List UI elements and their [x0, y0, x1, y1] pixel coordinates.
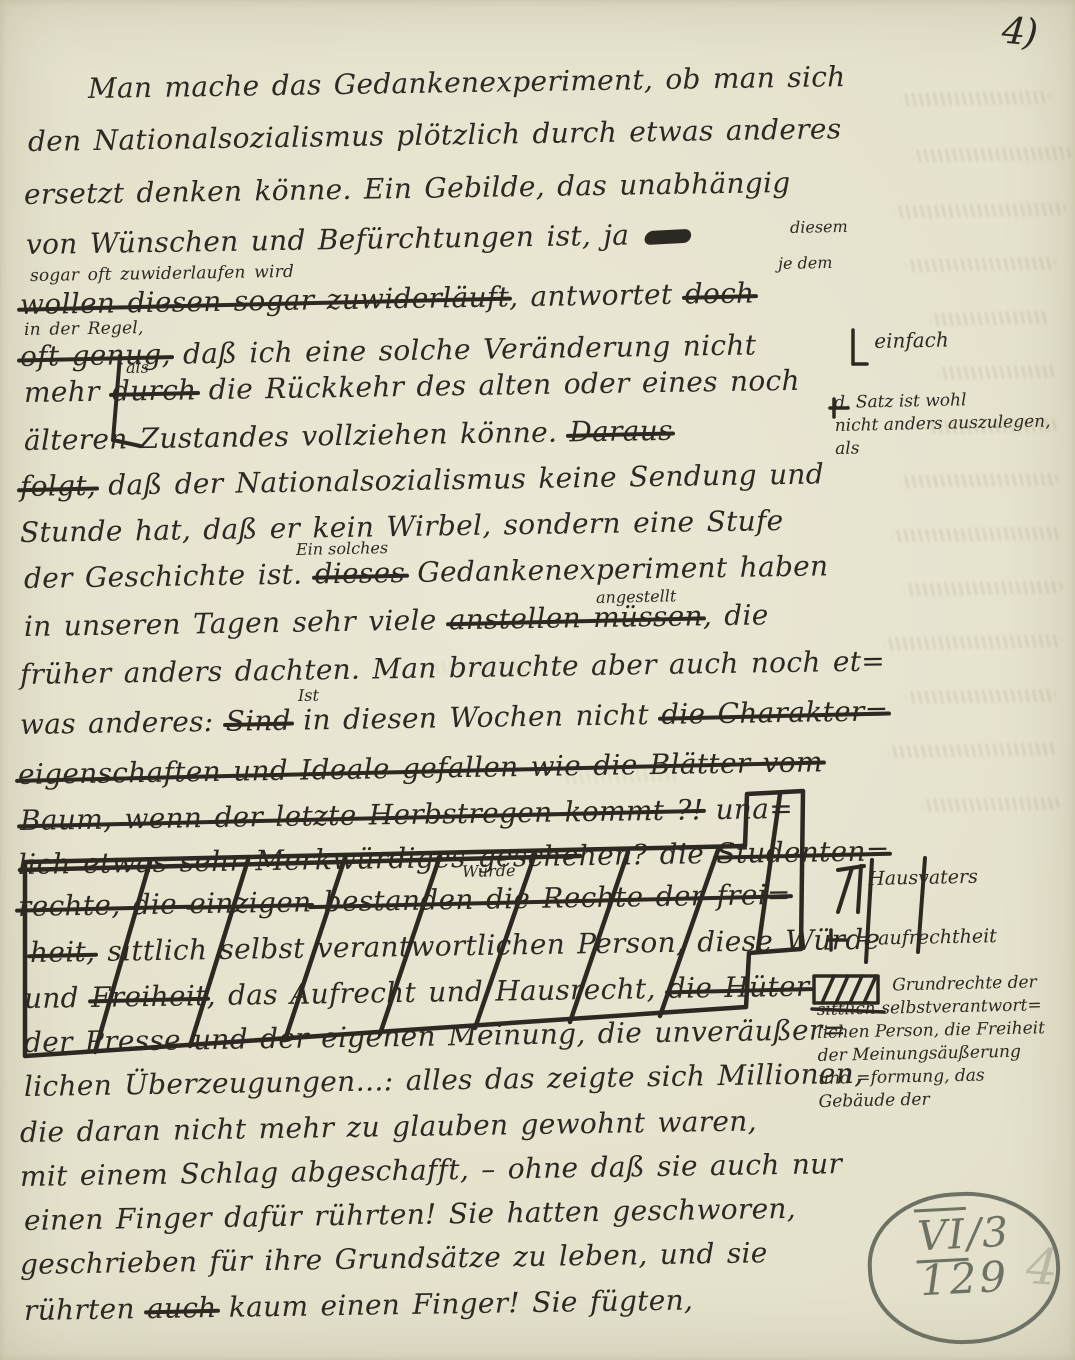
- interline-insertion: je dem: [778, 253, 833, 273]
- manuscript-line: Man mache das Gedankenexperiment, ob man…: [88, 60, 846, 105]
- margin-note-line: einfach: [874, 328, 949, 353]
- struck-text: bestanden die Rechte der frei=: [311, 878, 791, 919]
- ink-blot: [642, 228, 692, 244]
- struck-text: eigenschaften und Ideale gefallen wie di…: [18, 745, 823, 791]
- struck-text: wollen diesen sogar zuwiderläuft: [20, 280, 510, 321]
- struck-text: einzigen: [189, 885, 312, 920]
- text-segment: ersetzt denken könne. Ein Gebilde, das u…: [24, 166, 791, 211]
- interline-insertion: Würde: [462, 861, 516, 881]
- margin-note: Grundrechte dersittlich selbstverantwort…: [816, 971, 1047, 1114]
- manuscript-line: älteren Zustandes vollziehen könne. Dara…: [24, 414, 673, 457]
- bleed-through-mark: [906, 257, 1056, 273]
- text-segment: Gedankenexperiment haben: [405, 549, 829, 589]
- text-segment: der Geschichte ist.: [24, 557, 315, 595]
- archive-denominator: /3: [966, 1208, 1010, 1258]
- text-segment: daß ich eine solche Veränderung nicht: [170, 328, 756, 370]
- bleed-through-mark: [930, 311, 1050, 326]
- page-number: 4): [1000, 9, 1038, 55]
- manuscript-line: mit einem Schlag abgeschafft, – ohne daß…: [20, 1147, 843, 1193]
- struck-text: auch: [147, 1291, 217, 1325]
- manuscript-line: lich etwas sehr Merkwürdiges geschehen? …: [18, 834, 890, 881]
- margin-note: Hausvaters: [868, 866, 978, 891]
- manuscript-line: sogar oft zuwiderlaufen wird: [30, 262, 294, 286]
- text-segment: , das Aufrecht und Hausrecht,: [206, 972, 668, 1012]
- text-segment: Stunde hat, daß er kein Wirbel, sondern …: [20, 504, 784, 549]
- bleed-through-mark: [912, 147, 1072, 163]
- interline-insertion: als: [126, 358, 149, 377]
- manuscript-line: und Freiheit, das Aufrecht und Hausrecht…: [24, 970, 810, 1015]
- text-segment: lichen Überzeugungen…: alles das zeigte …: [24, 1057, 864, 1103]
- manuscript-line: folgt, daß der Nationalsozialismus keine…: [20, 457, 824, 503]
- manuscript-line: der Presse und der eigenen Meinung, die …: [24, 1013, 847, 1059]
- bleed-through-mark: [906, 689, 1056, 705]
- manuscript-line: von Wünschen und Befürchtungen ist, ja: [26, 218, 694, 261]
- text-segment: mit einem Schlag abgeschafft, – ohne daß…: [20, 1147, 843, 1193]
- text-segment: und: [24, 981, 92, 1015]
- struck-text: durch: [112, 373, 197, 407]
- manuscript-line: rechte, die einzigen bestanden die Recht…: [18, 878, 791, 923]
- bleed-through-mark: [938, 365, 1056, 380]
- text-segment: was anderes:: [20, 705, 226, 741]
- bleed-through-mark: [894, 203, 1066, 219]
- text-segment: einen Finger dafür rührten! Sie hatten g…: [24, 1192, 796, 1237]
- manuscript-line: einen Finger dafür rührten! Sie hatten g…: [24, 1192, 796, 1237]
- text-segment: , die: [703, 598, 769, 632]
- margin-note-line: Hausvaters: [868, 866, 978, 891]
- struck-text: folgt,: [20, 469, 97, 503]
- manuscript-line: in der Regel,: [24, 318, 144, 340]
- margin-note-line: als: [835, 433, 1051, 461]
- manuscript-line: geschrieben für ihre Grundsätze zu leben…: [20, 1236, 768, 1281]
- struck-text: doch: [684, 276, 754, 310]
- manuscript-line: der Geschichte ist. dieses Gedankenexper…: [24, 549, 829, 595]
- bleed-through-mark: [900, 473, 1058, 489]
- text-segment: rührten: [24, 1292, 148, 1327]
- bleed-through-mark: [904, 581, 1062, 597]
- text-segment: die unveräußer=: [585, 1013, 846, 1050]
- struck-text: dieses: [314, 556, 405, 590]
- text-segment: die Rückkehr des alten oder eines noch: [196, 364, 800, 406]
- text-segment: sittlich selbst verantwortlichen Person,…: [95, 923, 881, 968]
- struck-text: die Charakter=: [661, 694, 889, 731]
- interline-insertion: Ein solches: [296, 538, 388, 559]
- text-segment: mehr: [24, 375, 112, 409]
- manuscript-line: den Nationalsozialismus plötzlich durch …: [28, 112, 842, 158]
- interline-insertion: Ist: [298, 686, 319, 705]
- manuscript-line: Stunde hat, daß er kein Wirbel, sondern …: [20, 504, 784, 549]
- corner-insertion-mark-icon: [853, 330, 867, 364]
- margin-note-line: der Meinungsäußerung: [817, 1040, 1045, 1068]
- text-segment: in der Regel,: [24, 318, 144, 340]
- interline-insertion: angestellt: [596, 586, 677, 607]
- text-segment: die daran nicht mehr zu glauben gewohnt …: [20, 1104, 757, 1149]
- struck-text: Baum, wenn der letzte Herbstregen kommt …: [20, 793, 704, 837]
- struck-text: Daraus: [569, 414, 673, 449]
- text-segment: den Nationalsozialismus plötzlich durch …: [28, 112, 842, 158]
- struck-text: heit,: [30, 935, 96, 969]
- margin-note: d. Satz ist wohlnicht anders auszulegen,…: [834, 387, 1051, 461]
- text-segment: früher anders dachten. Man brauchte aber…: [20, 644, 886, 691]
- bleed-through-mark: [884, 634, 1062, 650]
- struck-text: rechte, die: [18, 887, 190, 923]
- text-segment: Man mache das Gedankenexperiment, ob man…: [88, 60, 846, 105]
- text-segment: daß der Nationalsozialismus keine Sendun…: [96, 457, 824, 501]
- struck-text: Freiheit: [91, 979, 207, 1014]
- text-segment: geschrieben für ihre Grundsätze zu leben…: [20, 1236, 768, 1281]
- manuscript-line: ersetzt denken könne. Ein Gebilde, das u…: [24, 166, 791, 211]
- bleed-through-mark: [888, 743, 1056, 759]
- bleed-through-mark: [900, 91, 1050, 107]
- margin-note: = aufrechtheit: [856, 925, 997, 951]
- margin-note-line: Gebäude der: [818, 1086, 1046, 1114]
- struck-text: Studenten=: [716, 834, 890, 870]
- manuscript-page: Man mache das Gedankenexperiment, ob man…: [0, 0, 1075, 1360]
- text-segment: von Wünschen und Befürchtungen ist, ja: [26, 218, 642, 261]
- struck-text: Sind: [225, 704, 291, 738]
- manuscript-line: früher anders dachten. Man brauchte aber…: [20, 644, 886, 691]
- margin-note-line: nicht anders auszulegen,: [834, 410, 1050, 438]
- text-segment: una=: [703, 792, 793, 826]
- manuscript-line: heit, sittlich selbst verantwortlichen P…: [30, 923, 881, 969]
- faint-pencil-number: 4: [1024, 1237, 1060, 1297]
- text-segment: sogar oft zuwiderlaufen wird: [30, 262, 294, 286]
- margin-note-line: Grundrechte der: [892, 971, 1044, 997]
- struck-text: die Hüter: [668, 970, 810, 1005]
- text-segment: der Presse und der eigenen Meinung,: [24, 1017, 586, 1059]
- text-segment: kaum einen Finger! Sie fügten,: [216, 1283, 693, 1323]
- text-segment: in diesen Wochen nicht: [291, 698, 662, 737]
- interline-insertion: diesem: [790, 217, 848, 237]
- text-segment: lich etwas sehr Merkwürdiges geschehen? …: [18, 837, 717, 881]
- manuscript-line: eigenschaften und Ideale gefallen wie di…: [18, 745, 823, 791]
- manuscript-line: Baum, wenn der letzte Herbstregen kommt …: [20, 792, 793, 837]
- manuscript-line: was anderes: Sind in diesen Wochen nicht…: [20, 694, 889, 741]
- text-segment: , antwortet: [509, 278, 685, 314]
- bleed-through-mark: [892, 527, 1062, 543]
- manuscript-line: lichen Überzeugungen…: alles das zeigte …: [24, 1057, 864, 1103]
- margin-note-line: = aufrechtheit: [856, 925, 997, 951]
- margin-note: einfach: [874, 328, 949, 353]
- text-segment: älteren Zustandes vollziehen könne.: [24, 415, 570, 457]
- manuscript-line: rührten auch kaum einen Finger! Sie fügt…: [24, 1283, 694, 1327]
- manuscript-line: die daran nicht mehr zu glauben gewohnt …: [20, 1104, 757, 1149]
- bleed-through-mark: [922, 797, 1060, 812]
- text-segment: in unseren Tagen sehr viele: [24, 603, 449, 643]
